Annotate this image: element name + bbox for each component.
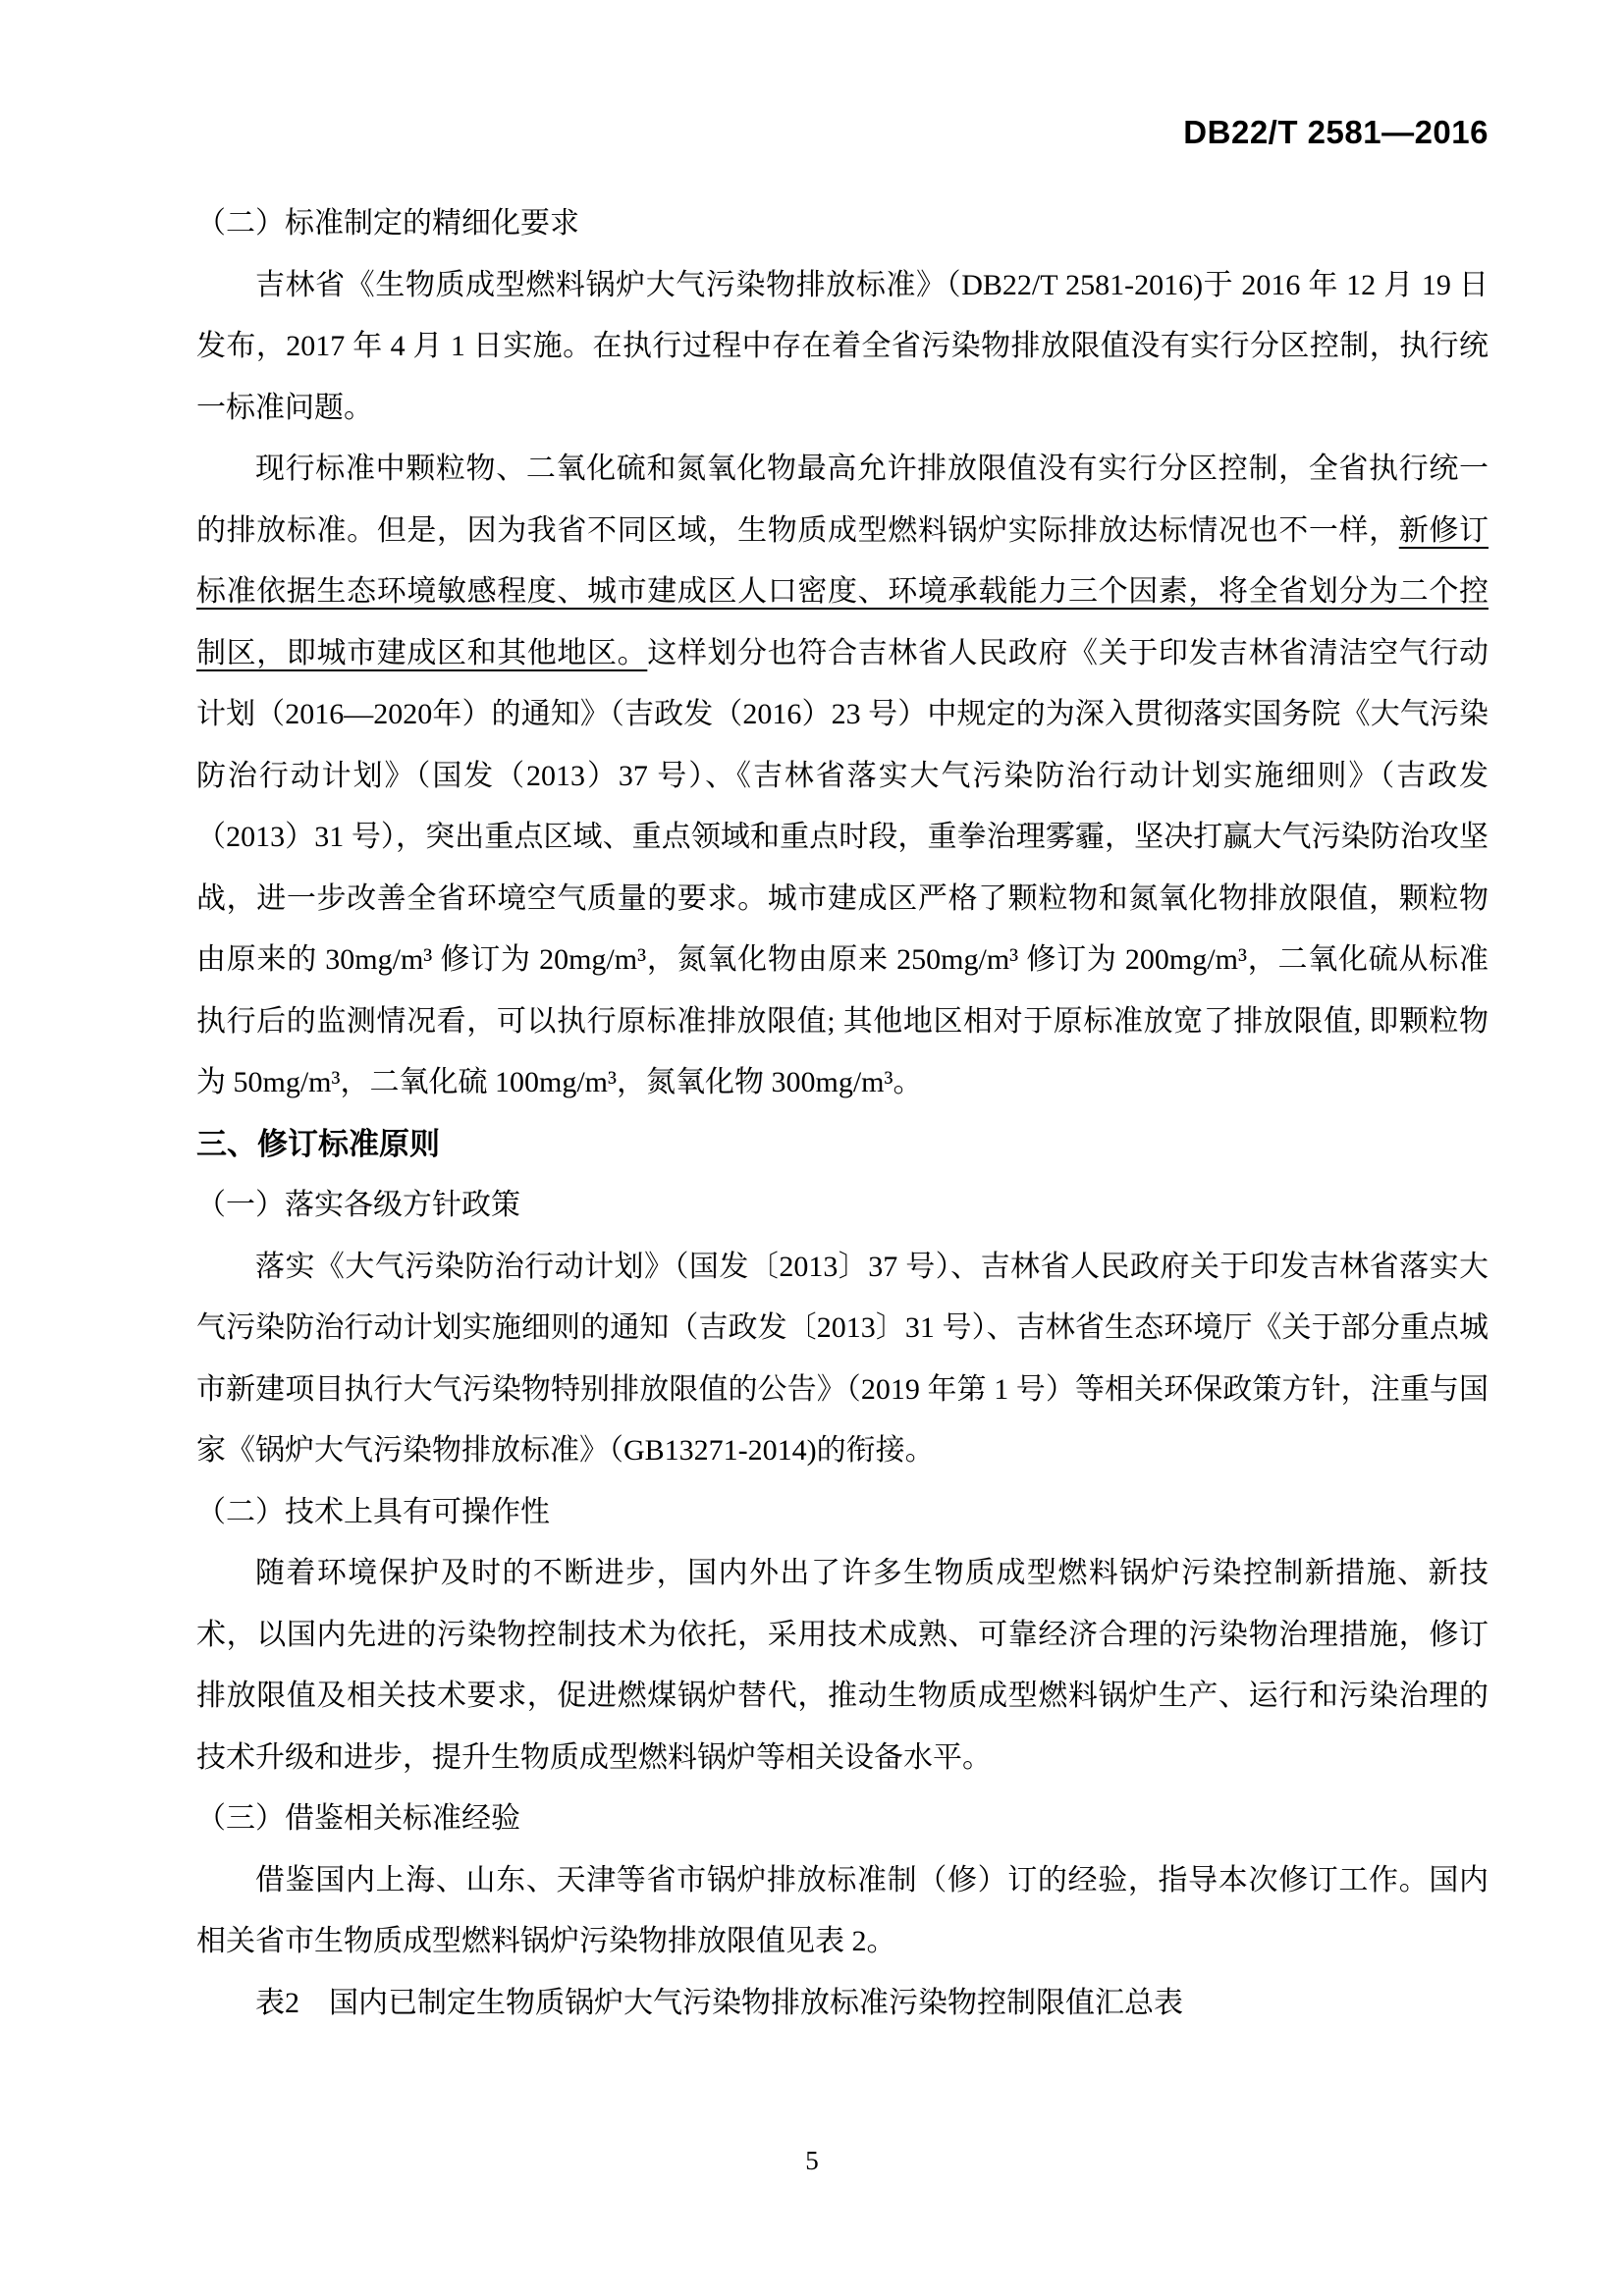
- standard-number: DB22/T 2581—2016: [1183, 114, 1489, 150]
- paragraph-standard-issue: 吉林省《生物质成型燃料锅炉大气污染物排放标准》（DB22/T 2581-2016…: [196, 255, 1489, 440]
- paragraph-current-standard-after: 这样划分也符合吉林省人民政府《关于印发吉林省清洁空气行动计划（2016—2020…: [196, 637, 1489, 1099]
- document-page: DB22/T 2581—2016 （二）标准制定的精细化要求 吉林省《生物质成型…: [0, 0, 1624, 2296]
- heading-policy: （一）落实各级方针政策: [196, 1175, 1489, 1237]
- heading-technical: （二）技术上具有可操作性: [196, 1482, 1489, 1544]
- heading-fine-requirements: （二）标准制定的精细化要求: [196, 193, 1489, 255]
- page-header: DB22/T 2581—2016: [196, 114, 1489, 151]
- page-footer: 5: [0, 2145, 1624, 2176]
- paragraph-technical: 随着环境保护及时的不断进步，国内外出了许多生物质成型燃料锅炉污染控制新措施、新技…: [196, 1543, 1489, 1789]
- paragraph-current-standard-before: 现行标准中颗粒物、二氧化硫和氮氧化物最高允许排放限值没有实行分区控制，全省执行统…: [196, 453, 1489, 547]
- page-number: 5: [805, 2146, 819, 2175]
- paragraph-policy: 落实《大气污染防治行动计划》（国发〔2013〕37 号）、吉林省人民政府关于印发…: [196, 1237, 1489, 1482]
- heading-reference: （三）借鉴相关标准经验: [196, 1789, 1489, 1850]
- paragraph-current-standard: 现行标准中颗粒物、二氧化硫和氮氧化物最高允许排放限值没有实行分区控制，全省执行统…: [196, 439, 1489, 1114]
- document-body: （二）标准制定的精细化要求 吉林省《生物质成型燃料锅炉大气污染物排放标准》（DB…: [196, 193, 1489, 2034]
- heading-revision-principles: 三、修订标准原则: [196, 1114, 1489, 1176]
- table2-caption: 表2 国内已制定生物质锅炉大气污染物排放标准污染物控制限值汇总表: [196, 1973, 1489, 2035]
- paragraph-reference: 借鉴国内上海、山东、天津等省市锅炉排放标准制（修）订的经验，指导本次修订工作。国…: [196, 1850, 1489, 1973]
